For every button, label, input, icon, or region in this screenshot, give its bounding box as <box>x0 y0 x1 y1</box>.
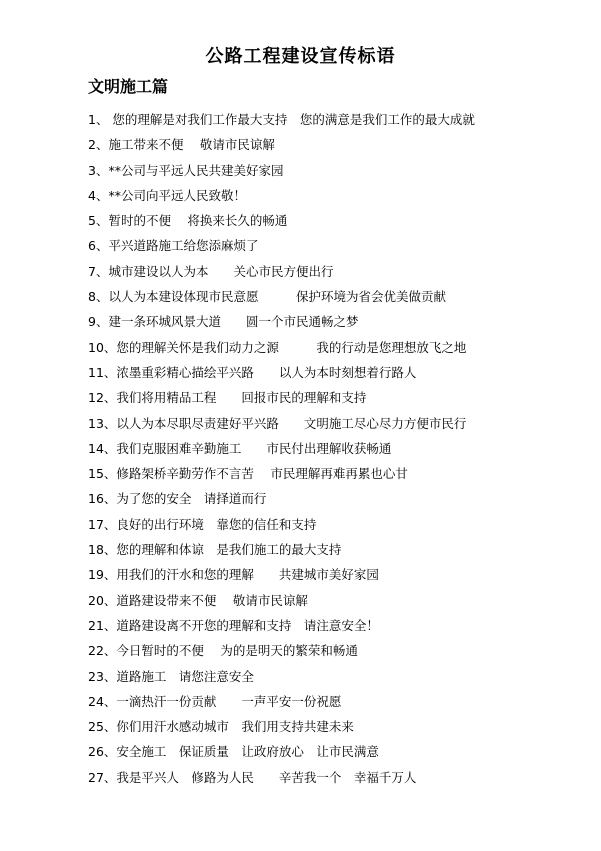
item-number: 20、 <box>88 593 116 608</box>
list-item: 1、 您的理解是对我们工作最大支持 您的满意是我们工作的最大成就 <box>88 107 601 132</box>
item-text: 你们用汗水感动城市 我们用支持共建未来 <box>116 719 354 734</box>
section-heading: 文明施工篇 <box>88 77 601 97</box>
item-text: 您的理解关怀是我们动力之源 我的行动是您理想放飞之地 <box>116 340 466 355</box>
list-item: 14、我们克服困难辛勤施工 市民付出理解收获畅通 <box>88 436 601 461</box>
list-item: 25、你们用汗水感动城市 我们用支持共建未来 <box>88 714 601 739</box>
item-text: 以人为本尽职尽责建好平兴路 文明施工尽心尽力方便市民行 <box>116 416 466 431</box>
item-number: 15、 <box>88 466 116 481</box>
item-number: 12、 <box>88 390 116 405</box>
list-item: 19、用我们的汗水和您的理解 共建城市美好家园 <box>88 562 601 587</box>
item-number: 24、 <box>88 694 116 709</box>
item-number: 19、 <box>88 567 116 582</box>
list-item: 11、浓墨重彩精心描绘平兴路 以人为本时刻想着行路人 <box>88 360 601 385</box>
item-number: 16、 <box>88 491 116 506</box>
item-number: 10、 <box>88 340 116 355</box>
list-item: 27、我是平兴人 修路为人民 辛苦我一个 幸福千万人 <box>88 765 601 790</box>
item-number: 5、 <box>88 213 108 228</box>
item-number: 8、 <box>88 289 108 304</box>
item-text: 您的理解和体谅 是我们施工的最大支持 <box>116 542 341 557</box>
list-item: 15、修路架桥辛勤劳作不言苦 市民理解再难再累也心甘 <box>88 461 601 486</box>
item-text: **公司与平远人民共建美好家园 <box>108 163 283 178</box>
item-text: 我是平兴人 修路为人民 辛苦我一个 幸福千万人 <box>116 770 416 785</box>
item-number: 4、 <box>88 188 108 203</box>
list-item: 7、城市建设以人为本 关心市民方便出行 <box>88 259 601 284</box>
list-item: 23、道路施工 请您注意安全 <box>88 664 601 689</box>
item-number: 3、 <box>88 163 108 178</box>
item-number: 26、 <box>88 744 116 759</box>
item-text: 我们克服困难辛勤施工 市民付出理解收获畅通 <box>116 441 391 456</box>
item-text: 我们将用精品工程 回报市民的理解和支持 <box>116 390 366 405</box>
item-text: 今日暂时的不便 为的是明天的繁荣和畅通 <box>116 643 357 658</box>
item-text: **公司向平远人民致敬！ <box>108 188 246 203</box>
item-number: 18、 <box>88 542 116 557</box>
list-item: 3、**公司与平远人民共建美好家园 <box>88 158 601 183</box>
list-item: 12、我们将用精品工程 回报市民的理解和支持 <box>88 385 601 410</box>
list-item: 4、**公司向平远人民致敬！ <box>88 183 601 208</box>
item-number: 6、 <box>88 238 108 253</box>
item-number: 1、 <box>88 112 108 127</box>
item-number: 25、 <box>88 719 116 734</box>
item-text: 一滴热汗一份贡献 一声平安一份祝愿 <box>116 694 341 709</box>
item-number: 23、 <box>88 669 116 684</box>
item-number: 2、 <box>88 137 108 152</box>
list-item: 26、安全施工 保证质量 让政府放心 让市民满意 <box>88 739 601 764</box>
item-number: 13、 <box>88 416 116 431</box>
list-item: 22、今日暂时的不便 为的是明天的繁荣和畅通 <box>88 638 601 663</box>
item-number: 9、 <box>88 314 108 329</box>
list-item: 6、平兴道路施工给您添麻烦了 <box>88 233 601 258</box>
item-number: 11、 <box>88 365 116 380</box>
item-text: 平兴道路施工给您添麻烦了 <box>108 238 258 253</box>
list-item: 2、施工带来不便 敬请市民谅解 <box>88 132 601 157</box>
list-item: 24、一滴热汗一份贡献 一声平安一份祝愿 <box>88 689 601 714</box>
list-item: 18、您的理解和体谅 是我们施工的最大支持 <box>88 537 601 562</box>
list-item: 17、良好的出行环境 靠您的信任和支持 <box>88 512 601 537</box>
list-item: 13、以人为本尽职尽责建好平兴路 文明施工尽心尽力方便市民行 <box>88 411 601 436</box>
item-text: 为了您的安全 请择道而行 <box>116 491 266 506</box>
item-text: 修路架桥辛勤劳作不言苦 市民理解再难再累也心甘 <box>116 466 407 481</box>
list-item: 9、建一条环城风景大道 圆一个市民通畅之梦 <box>88 309 601 334</box>
item-text: 道路建设带来不便 敬请市民谅解 <box>116 593 307 608</box>
item-text: 用我们的汗水和您的理解 共建城市美好家园 <box>116 567 379 582</box>
item-number: 14、 <box>88 441 116 456</box>
item-text: 您的理解是对我们工作最大支持 您的满意是我们工作的最大成就 <box>108 112 474 127</box>
list-item: 21、道路建设离不开您的理解和支持 请注意安全！ <box>88 613 601 638</box>
slogan-list: 1、 您的理解是对我们工作最大支持 您的满意是我们工作的最大成就2、施工带来不便… <box>88 107 601 790</box>
item-text: 施工带来不便 敬请市民谅解 <box>108 137 274 152</box>
list-item: 16、为了您的安全 请择道而行 <box>88 486 601 511</box>
item-text: 建一条环城风景大道 圆一个市民通畅之梦 <box>108 314 358 329</box>
item-number: 21、 <box>88 618 116 633</box>
item-text: 浓墨重彩精心描绘平兴路 以人为本时刻想着行路人 <box>116 365 416 380</box>
item-text: 城市建设以人为本 关心市民方便出行 <box>108 264 333 279</box>
list-item: 10、您的理解关怀是我们动力之源 我的行动是您理想放飞之地 <box>88 335 601 360</box>
item-text: 安全施工 保证质量 让政府放心 让市民满意 <box>116 744 379 759</box>
item-text: 道路施工 请您注意安全 <box>116 669 254 684</box>
item-text: 道路建设离不开您的理解和支持 请注意安全！ <box>116 618 379 633</box>
list-item: 20、道路建设带来不便 敬请市民谅解 <box>88 588 601 613</box>
item-number: 7、 <box>88 264 108 279</box>
item-text: 以人为本建设体现市民意愿 保护环境为省会优美做贡献 <box>108 289 446 304</box>
document-title: 公路工程建设宣传标语 <box>0 46 601 68</box>
item-number: 27、 <box>88 770 116 785</box>
item-number: 22、 <box>88 643 116 658</box>
list-item: 5、暂时的不便 将换来长久的畅通 <box>88 208 601 233</box>
document-page: 公路工程建设宣传标语 文明施工篇 1、 您的理解是对我们工作最大支持 您的满意是… <box>0 0 601 851</box>
item-number: 17、 <box>88 517 116 532</box>
item-text: 良好的出行环境 靠您的信任和支持 <box>116 517 316 532</box>
list-item: 8、以人为本建设体现市民意愿 保护环境为省会优美做贡献 <box>88 284 601 309</box>
item-text: 暂时的不便 将换来长久的畅通 <box>108 213 287 228</box>
